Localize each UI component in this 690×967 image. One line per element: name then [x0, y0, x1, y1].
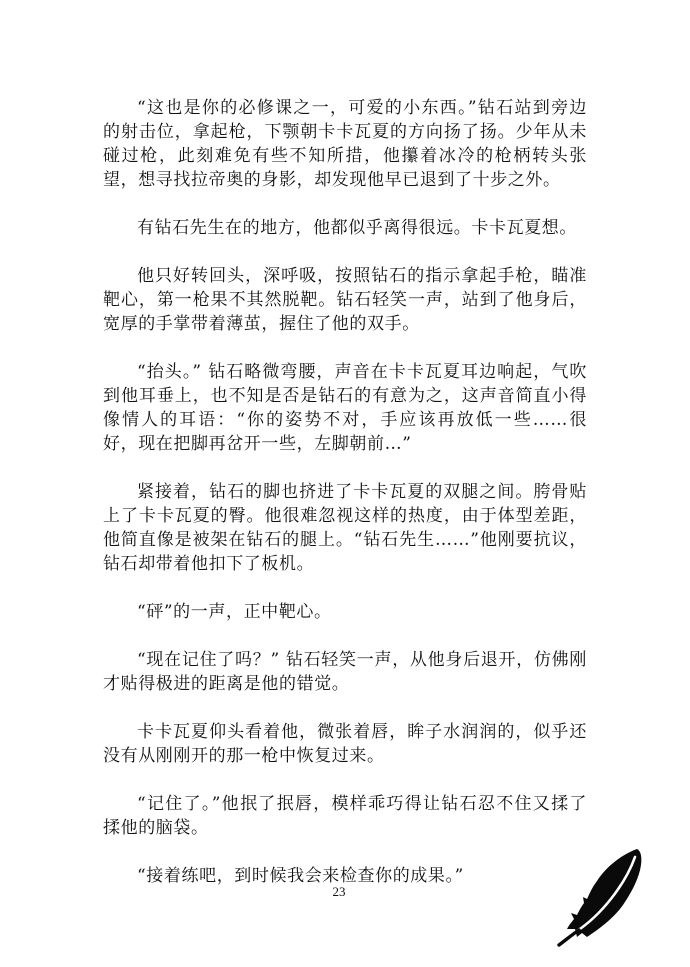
- paragraph-1: “这也是你的必修课之一，可爱的小东西。”钻石站到旁边的射击位，拿起枪，下颚朝卡卡…: [103, 96, 587, 192]
- paragraph-7: “现在记住了吗？” 钻石轻笑一声，从他身后退开，仿佛刚才贴得极进的距离是他的错觉…: [103, 648, 587, 696]
- paragraph-5: 紧接着，钻石的脚也挤进了卡卡瓦夏的双腿之间。胯骨贴上了卡卡瓦夏的臀。他很难忽视这…: [103, 480, 587, 576]
- document-page: “这也是你的必修课之一，可爱的小东西。”钻石站到旁边的射击位，拿起枪，下颚朝卡卡…: [0, 0, 690, 967]
- paragraph-4: “抬头。” 钻石略微弯腰，声音在卡卡瓦夏耳边响起，气吹到他耳垂上，也不知是否是钻…: [103, 360, 587, 456]
- paragraph-9: “记住了。”他抿了抿唇，模样乖巧得让钻石忍不住又揉了揉他的脑袋。: [103, 792, 587, 840]
- paragraph-6: “砰”的一声，正中靶心。: [103, 600, 587, 624]
- paragraph-2: 有钻石先生在的地方，他都似乎离得很远。卡卡瓦夏想。: [103, 216, 587, 240]
- paragraph-3: 他只好转回头，深呼吸，按照钻石的指示拿起手枪，瞄准靶心，第一枪果不其然脱靶。钻石…: [103, 264, 587, 336]
- paragraph-8: 卡卡瓦夏仰头看着他，微张着唇，眸子水润润的，似乎还没有从刚刚开的那一枪中恢复过来…: [103, 720, 587, 768]
- body-text: “这也是你的必修课之一，可爱的小东西。”钻石站到旁边的射击位，拿起枪，下颚朝卡卡…: [103, 96, 587, 912]
- feather-icon: [555, 845, 645, 949]
- page-number: 23: [326, 884, 352, 900]
